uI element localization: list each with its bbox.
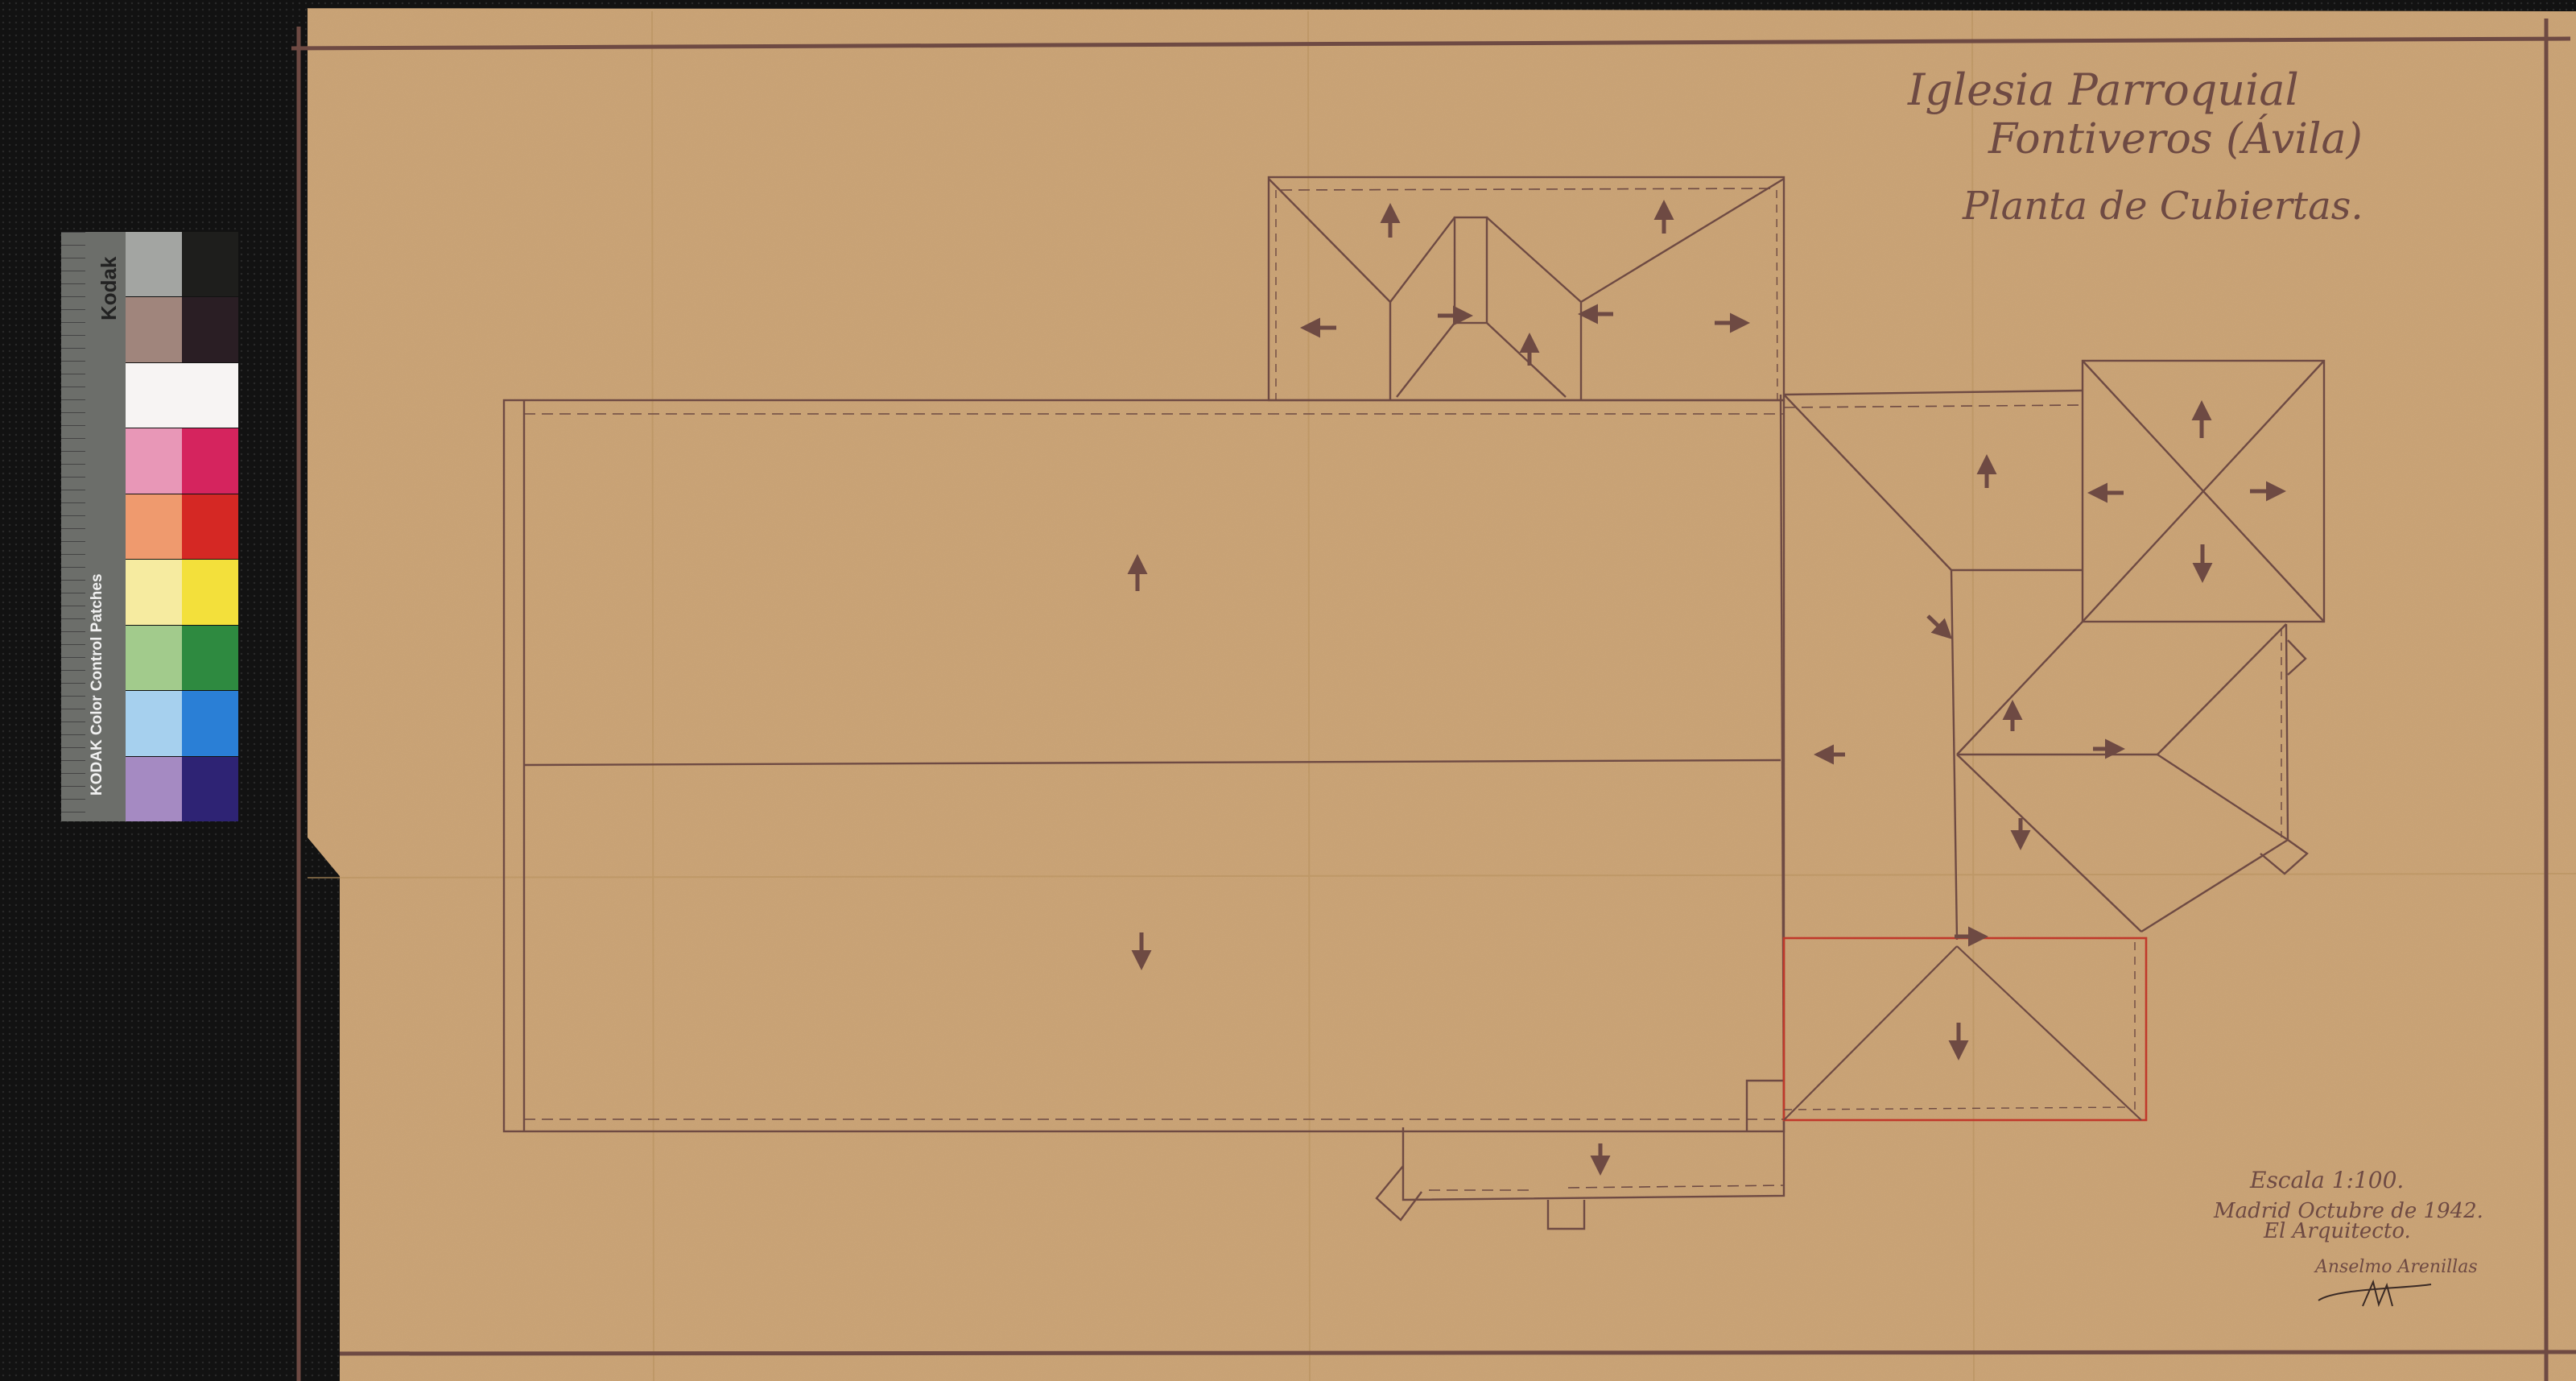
drawing-sheet: Iglesia Parroquial Fontiveros (Ávila) Pl… xyxy=(0,0,2576,1381)
architect-role: El Arquitecto. xyxy=(2263,1219,2411,1243)
title-line3: Planta de Cubiertas. xyxy=(1962,184,2363,229)
title-line2: Fontiveros (Ávila) xyxy=(1988,114,2363,163)
architect-signature: Anselmo Arenillas xyxy=(2314,1257,2478,1277)
scale-text: Escala 1:100. xyxy=(2249,1167,2404,1193)
title-line1: Iglesia Parroquial xyxy=(1907,64,2299,115)
